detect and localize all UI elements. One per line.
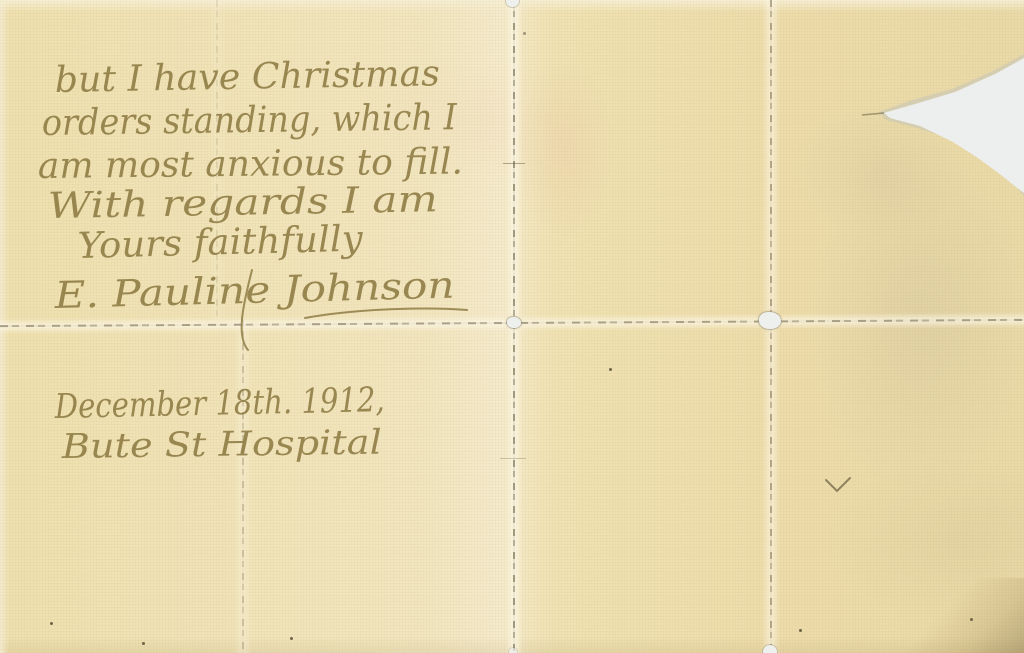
letter-valediction-line: Yours faithfully xyxy=(77,219,364,267)
place-line: Bute St Hospital xyxy=(60,423,382,467)
handwriting-layer: but I have Christmas orders standing, wh… xyxy=(0,0,1024,653)
signature-underline-flourish xyxy=(305,309,467,318)
letter-scan: but I have Christmas orders standing, wh… xyxy=(0,0,1024,653)
letter-closing-line: With regards I am xyxy=(47,179,438,227)
letter-body-line-1: but I have Christmas xyxy=(54,53,440,101)
date-line: December 18th. 1912, xyxy=(53,380,385,427)
letter-body-line-2: orders standing, which I xyxy=(42,97,458,144)
